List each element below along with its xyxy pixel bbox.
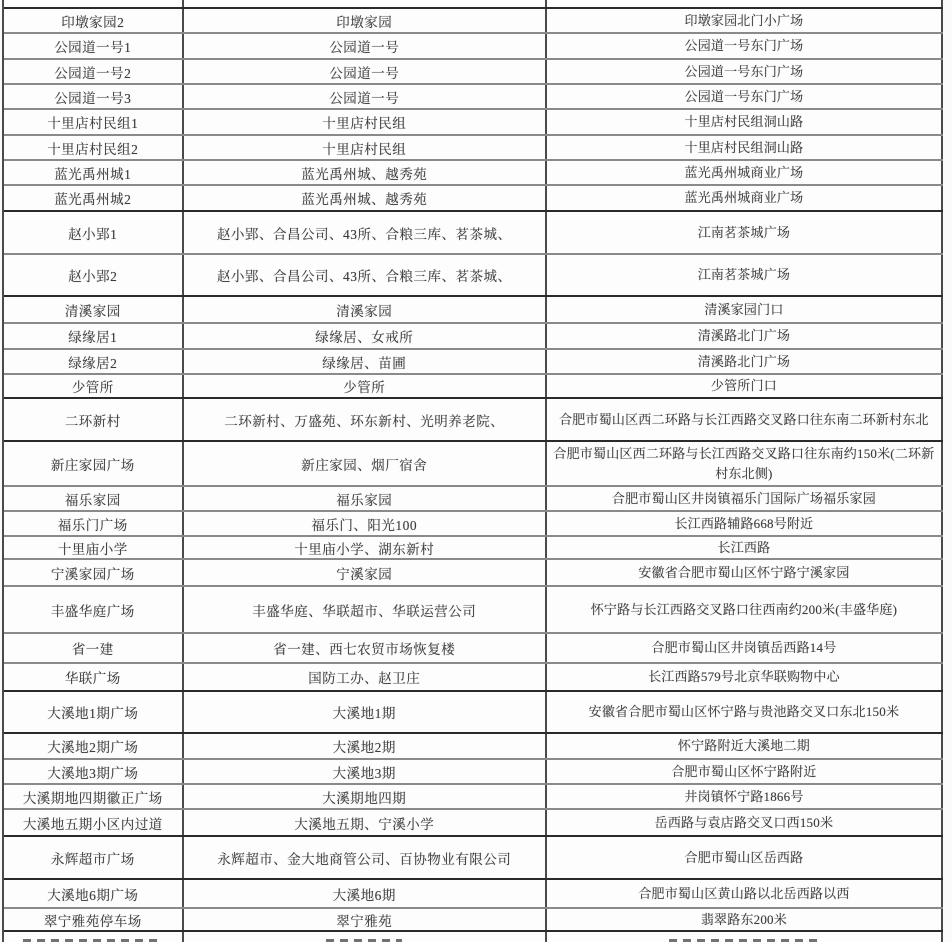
cell-communities: 赵小郢、合昌公司、43所、合粮三库、茗茶城、 (184, 212, 547, 253)
cell-stand-name: 绿缘居2 (4, 350, 184, 373)
cell-communities: 清溪家园 (184, 297, 547, 322)
cell-address: 清溪路北门广场 (547, 324, 943, 348)
cell-address: 怀宁路附近大溪地二期 (547, 734, 943, 758)
cell-stand-name: 蓝光禹州城2 (4, 186, 184, 210)
cell-address: 合肥市蜀山区西二环路与长江西路交叉路口往东南约150米(二环新村东北侧) (547, 442, 943, 485)
cell-address: 怀宁路与长江西路交叉路口往西南约200米(丰盛华庭) (547, 587, 943, 632)
cell-communities: 十里店村民组 (184, 136, 547, 159)
cell-stand-name: 宁溪家园广场 (4, 560, 184, 585)
cell-communities: 大溪地3期 (184, 760, 547, 783)
cell-address: 清溪家园门口 (547, 297, 943, 322)
table-row: 大溪地2期广场大溪地2期怀宁路附近大溪地二期 (4, 732, 943, 758)
cell-address: 合肥市蜀山区黄山路以北岳西路以西 (547, 880, 943, 907)
cell-address: 公园道一号东门广场 (547, 85, 943, 108)
cell-address: 蓝光禹州城商业广场 (547, 186, 943, 210)
cell-stand-name: 十里庙小学 (4, 537, 184, 558)
cell-communities: 大溪期地四期 (184, 785, 547, 808)
table-row: 十里店村民组1十里店村民组十里店村民组洞山路 (4, 108, 943, 134)
cell-address: 印墩家园北门小广场 (547, 9, 943, 32)
table-row: 蓝光禹州城1蓝光禹州城、越秀苑蓝光禹州城商业广场 (4, 159, 943, 184)
cell-communities: 国防工办、赵卫庄 (184, 664, 547, 690)
table-row: 大溪地6期广场大溪地6期合肥市蜀山区黄山路以北岳西路以西 (4, 878, 943, 907)
cell-stand-name: 大溪地1期广场 (4, 692, 184, 732)
cell-address: 十里店村民组洞山路 (547, 136, 943, 159)
cell-communities: 大溪地五期、宁溪小学 (184, 810, 547, 835)
table-row: 翠宁雅苑停车场翠宁雅苑翡翠路东200米 (4, 907, 943, 930)
cell-stand-name: 绿缘居1 (4, 324, 184, 348)
cell-address: 合肥市蜀山区井岗镇福乐门国际广场福乐家园 (547, 487, 943, 510)
cell-stand-name (4, 0, 184, 7)
table-row: 清溪家园清溪家园清溪家园门口 (4, 295, 943, 322)
cell-stand-name: 二环新村 (4, 399, 184, 440)
cell-communities: 公园道一号 (184, 60, 547, 83)
cell-address: 少管所门口 (547, 375, 943, 397)
table-row: 赵小郢1赵小郢、合昌公司、43所、合粮三库、茗茶城、江南茗茶城广场 (4, 210, 943, 253)
cell-stand-name: 永辉超市广场 (4, 837, 184, 878)
cell-communities: 绿缘居、女戒所 (184, 324, 547, 348)
table-row: 大溪地1期广场大溪地1期安徽省合肥市蜀山区怀宁路与贵池路交叉口东北150米 (4, 690, 943, 732)
table-row: 省一建省一建、西七农贸市场恢复楼合肥市蜀山区井岗镇岳西路14号 (4, 632, 943, 662)
cell-communities: 绿缘居、苗圃 (184, 350, 547, 373)
cell-stand-name (4, 932, 184, 942)
cell-address: 合肥市蜀山区怀宁路附近 (547, 760, 943, 783)
cell-communities: 丰盛华庭、华联超市、华联运营公司 (184, 587, 547, 632)
cell-address (547, 932, 943, 942)
cell-address: 长江西路辅路668号附近 (547, 512, 943, 535)
cell-communities: 新庄家园、烟厂宿舍 (184, 442, 547, 485)
cell-address: 翡翠路东200米 (547, 909, 943, 930)
cell-communities: 二环新村、万盛苑、环东新村、光明养老院、 (184, 399, 547, 440)
table-row: 大溪地五期小区内过道大溪地五期、宁溪小学岳西路与袁店路交叉口西150米 (4, 808, 943, 835)
cell-communities: 公园道一号 (184, 34, 547, 58)
table-row-clipped (4, 930, 943, 942)
cell-address: 合肥市蜀山区西二环路与长江西路交叉路口往东南二环新村东北 (547, 399, 943, 440)
table-row: 大溪地3期广场大溪地3期合肥市蜀山区怀宁路附近 (4, 758, 943, 783)
table-row: 少管所少管所少管所门口 (4, 373, 943, 397)
cell-communities (184, 932, 547, 942)
cell-stand-name: 赵小郢2 (4, 255, 184, 295)
cell-stand-name: 赵小郢1 (4, 212, 184, 253)
cell-stand-name: 印墩家园2 (4, 9, 184, 32)
cell-address: 蓝光禹州城商业广场 (547, 161, 943, 184)
table-row: 大溪期地四期徽正广场大溪期地四期井岗镇怀宁路1866号 (4, 783, 943, 808)
cell-communities: 少管所 (184, 375, 547, 397)
cell-stand-name: 少管所 (4, 375, 184, 397)
table-row: 福乐家园福乐家园合肥市蜀山区井岗镇福乐门国际广场福乐家园 (4, 485, 943, 510)
table-row: 十里店村民组2十里店村民组十里店村民组洞山路 (4, 134, 943, 159)
cell-address: 公园道一号东门广场 (547, 34, 943, 58)
cell-address: 井岗镇怀宁路1866号 (547, 785, 943, 808)
table-row: 印墩家园2印墩家园印墩家园北门小广场 (4, 7, 943, 32)
location-table: 印墩家园2印墩家园印墩家园北门小广场公园道一号1公园道一号公园道一号东门广场公园… (2, 0, 943, 942)
cell-communities: 蓝光禹州城、越秀苑 (184, 161, 547, 184)
cell-communities: 印墩家园 (184, 9, 547, 32)
cell-stand-name: 大溪地6期广场 (4, 880, 184, 907)
cell-stand-name: 十里店村民组2 (4, 136, 184, 159)
cell-stand-name: 新庄家园广场 (4, 442, 184, 485)
cell-stand-name: 福乐家园 (4, 487, 184, 510)
cell-stand-name: 清溪家园 (4, 297, 184, 322)
cell-communities: 蓝光禹州城、越秀苑 (184, 186, 547, 210)
cell-communities: 十里店村民组 (184, 110, 547, 134)
cell-address: 公园道一号东门广场 (547, 60, 943, 83)
table-row: 公园道一号1公园道一号公园道一号东门广场 (4, 32, 943, 58)
cell-communities: 大溪地6期 (184, 880, 547, 907)
cell-stand-name: 省一建 (4, 634, 184, 662)
cell-address: 清溪路北门广场 (547, 350, 943, 373)
cell-communities: 福乐家园 (184, 487, 547, 510)
cell-communities: 省一建、西七农贸市场恢复楼 (184, 634, 547, 662)
table-row: 丰盛华庭广场丰盛华庭、华联超市、华联运营公司怀宁路与长江西路交叉路口往西南约20… (4, 585, 943, 632)
cell-address: 合肥市蜀山区井岗镇岳西路14号 (547, 634, 943, 662)
cell-address: 安徽省合肥市蜀山区怀宁路宁溪家园 (547, 560, 943, 585)
cell-address: 江南茗茶城广场 (547, 255, 943, 295)
cell-stand-name: 大溪地2期广场 (4, 734, 184, 758)
cell-stand-name: 大溪地五期小区内过道 (4, 810, 184, 835)
cell-stand-name: 大溪地3期广场 (4, 760, 184, 783)
cell-address: 长江西路 (547, 537, 943, 558)
table-row: 华联广场国防工办、赵卫庄长江西路579号北京华联购物中心 (4, 662, 943, 690)
cell-address: 十里店村民组洞山路 (547, 110, 943, 134)
cell-address: 安徽省合肥市蜀山区怀宁路与贵池路交叉口东北150米 (547, 692, 943, 732)
cell-stand-name: 福乐门广场 (4, 512, 184, 535)
cell-address: 长江西路579号北京华联购物中心 (547, 664, 943, 690)
cell-communities: 公园道一号 (184, 85, 547, 108)
cell-stand-name: 公园道一号3 (4, 85, 184, 108)
cell-communities: 永辉超市、金大地商管公司、百协物业有限公司 (184, 837, 547, 878)
table-row: 十里庙小学十里庙小学、湖东新村长江西路 (4, 535, 943, 558)
table-row: 永辉超市广场永辉超市、金大地商管公司、百协物业有限公司合肥市蜀山区岳西路 (4, 835, 943, 878)
cell-stand-name: 公园道一号2 (4, 60, 184, 83)
cell-address (547, 0, 943, 7)
table-row: 二环新村二环新村、万盛苑、环东新村、光明养老院、合肥市蜀山区西二环路与长江西路交… (4, 397, 943, 440)
cell-communities: 大溪地1期 (184, 692, 547, 732)
cell-address: 江南茗茶城广场 (547, 212, 943, 253)
table-row: 宁溪家园广场宁溪家园安徽省合肥市蜀山区怀宁路宁溪家园 (4, 558, 943, 585)
table-row-clipped (4, 0, 943, 7)
cell-communities: 赵小郢、合昌公司、43所、合粮三库、茗茶城、 (184, 255, 547, 295)
table-row: 赵小郢2赵小郢、合昌公司、43所、合粮三库、茗茶城、江南茗茶城广场 (4, 253, 943, 295)
cell-stand-name: 十里店村民组1 (4, 110, 184, 134)
table-row: 福乐门广场福乐门、阳光100长江西路辅路668号附近 (4, 510, 943, 535)
table-row: 绿缘居2绿缘居、苗圃清溪路北门广场 (4, 348, 943, 373)
cell-stand-name: 大溪期地四期徽正广场 (4, 785, 184, 808)
cell-communities (184, 0, 547, 7)
cell-stand-name: 翠宁雅苑停车场 (4, 909, 184, 930)
cell-stand-name: 蓝光禹州城1 (4, 161, 184, 184)
cell-communities: 十里庙小学、湖东新村 (184, 537, 547, 558)
table-row: 蓝光禹州城2蓝光禹州城、越秀苑蓝光禹州城商业广场 (4, 184, 943, 210)
table-row: 绿缘居1绿缘居、女戒所清溪路北门广场 (4, 322, 943, 348)
cell-address: 合肥市蜀山区岳西路 (547, 837, 943, 878)
cell-communities: 大溪地2期 (184, 734, 547, 758)
cell-communities: 福乐门、阳光100 (184, 512, 547, 535)
cell-stand-name: 华联广场 (4, 664, 184, 690)
cell-communities: 翠宁雅苑 (184, 909, 547, 930)
cell-address: 岳西路与袁店路交叉口西150米 (547, 810, 943, 835)
cell-stand-name: 丰盛华庭广场 (4, 587, 184, 632)
table-row: 新庄家园广场新庄家园、烟厂宿舍合肥市蜀山区西二环路与长江西路交叉路口往东南约15… (4, 440, 943, 485)
table-row: 公园道一号3公园道一号公园道一号东门广场 (4, 83, 943, 108)
cell-stand-name: 公园道一号1 (4, 34, 184, 58)
cell-communities: 宁溪家园 (184, 560, 547, 585)
table-row: 公园道一号2公园道一号公园道一号东门广场 (4, 58, 943, 83)
